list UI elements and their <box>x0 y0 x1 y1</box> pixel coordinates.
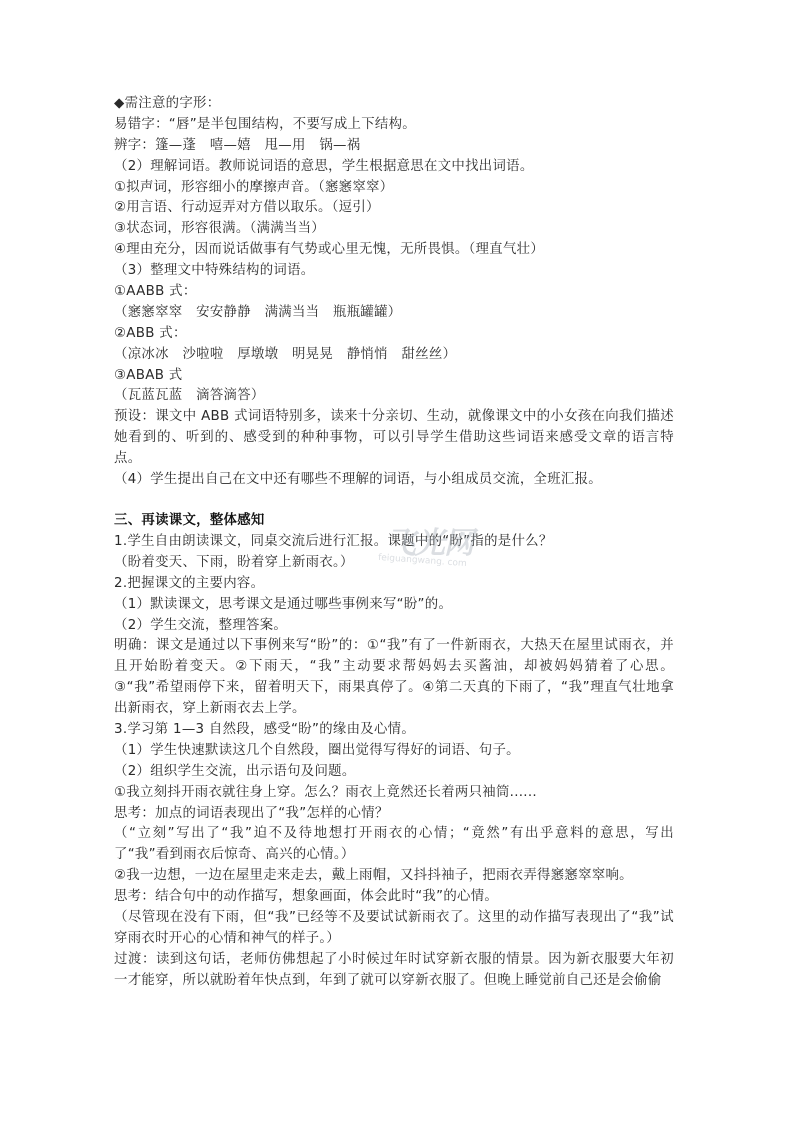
text-line: ③ABAB 式 <box>114 366 674 387</box>
text-line: 2.把握课文的主要内容。 <box>114 574 674 595</box>
text-line: 易错字：“唇”是半包围结构，不要写成上下结构。 <box>114 115 674 136</box>
text-line: （2）学生交流，整理答案。 <box>114 616 674 637</box>
text-line: ①拟声词，形容细小的摩擦声音。（窸窸窣窣） <box>114 178 674 199</box>
text-line: （2）理解词语。教师说词语的意思，学生根据意思在文中找出词语。 <box>114 157 674 178</box>
text-line: （2）组织学生交流，出示语句及问题。 <box>114 762 674 783</box>
subheading-glyph-note: ◆需注意的字形： <box>114 94 674 115</box>
answer-paragraph: （“立刻”写出了“我”迫不及待地想打开雨衣的心情；“竟然”有出乎意料的意思，写出… <box>114 824 674 866</box>
text-line: （3）整理文中特殊结构的词语。 <box>114 261 674 282</box>
text-line: （1）学生快速默读这几个自然段，圈出觉得写得好的词语、句子。 <box>114 741 674 762</box>
text-line: （瓦蓝瓦蓝 滴答滴答） <box>114 386 674 407</box>
transition-paragraph: 过渡：读到这句话，老师仿佛想起了小时候过年时试穿新衣服的情景。因为新衣服要大年初… <box>114 950 674 992</box>
text-line: ①我立刻抖开雨衣就往身上穿。怎么？雨衣上竟然还长着两只袖筒...... <box>114 783 674 804</box>
blank-line <box>114 491 674 511</box>
text-line: ④理由充分，因而说话做事有气势或心里无愧，无所畏惧。（理直气壮） <box>114 240 674 261</box>
text-line: ②用言语、行动逗弄对方借以取乐。（逗引） <box>114 198 674 219</box>
text-line: ②我一边想，一边在屋里走来走去，戴上雨帽，又抖抖袖子，把雨衣弄得窸窸窣窣响。 <box>114 866 674 887</box>
mingque-paragraph: 明确：课文是通过以下事例来写“盼”的：①“我”有了一件新雨衣，大热天在屋里试雨衣… <box>114 636 674 720</box>
text-line: （凉冰冰 沙啦啦 厚墩墩 明晃晃 静悄悄 甜丝丝） <box>114 345 674 366</box>
text-line: ②ABB 式： <box>114 324 674 345</box>
section-heading: 三、再读课文，整体感知 <box>114 511 674 532</box>
text-line: （窸窸窣窣 安安静静 满满当当 瓶瓶罐罐） <box>114 303 674 324</box>
text-line: （4）学生提出自己在文中还有哪些不理解的词语，与小组成员交流，全班汇报。 <box>114 470 674 491</box>
document-page: ◆需注意的字形： 易错字：“唇”是半包围结构，不要写成上下结构。 辨字：篷—蓬 … <box>114 94 674 992</box>
text-line: 辨字：篷—蓬 嘻—嬉 甩—用 锅—祸 <box>114 136 674 157</box>
text-line: （盼着变天、下雨，盼着穿上新雨衣。） <box>114 553 674 574</box>
text-line: ①AABB 式： <box>114 282 674 303</box>
text-line: 1.学生自由朗读课文，同桌交流后进行汇报。课题中的“盼”指的是什么？ <box>114 532 674 553</box>
text-line: ③状态词，形容很满。（满满当当） <box>114 219 674 240</box>
text-line: （1）默读课文，思考课文是通过哪些事例来写“盼”的。 <box>114 595 674 616</box>
text-line: 3.学习第 1—3 自然段，感受“盼”的缘由及心情。 <box>114 720 674 741</box>
text-line: 思考：结合句中的动作描写，想象画面，体会此时“我”的心情。 <box>114 887 674 908</box>
preset-paragraph: 预设：课文中 ABB 式词语特别多，读来十分亲切、生动，就像课文中的小女孩在向我… <box>114 407 674 470</box>
text-line: 思考：加点的词语表现出了“我”怎样的心情？ <box>114 804 674 825</box>
answer-paragraph: （尽管现在没有下雨，但“我”已经等不及要试试新雨衣了。这里的动作描写表现出了“我… <box>114 908 674 950</box>
